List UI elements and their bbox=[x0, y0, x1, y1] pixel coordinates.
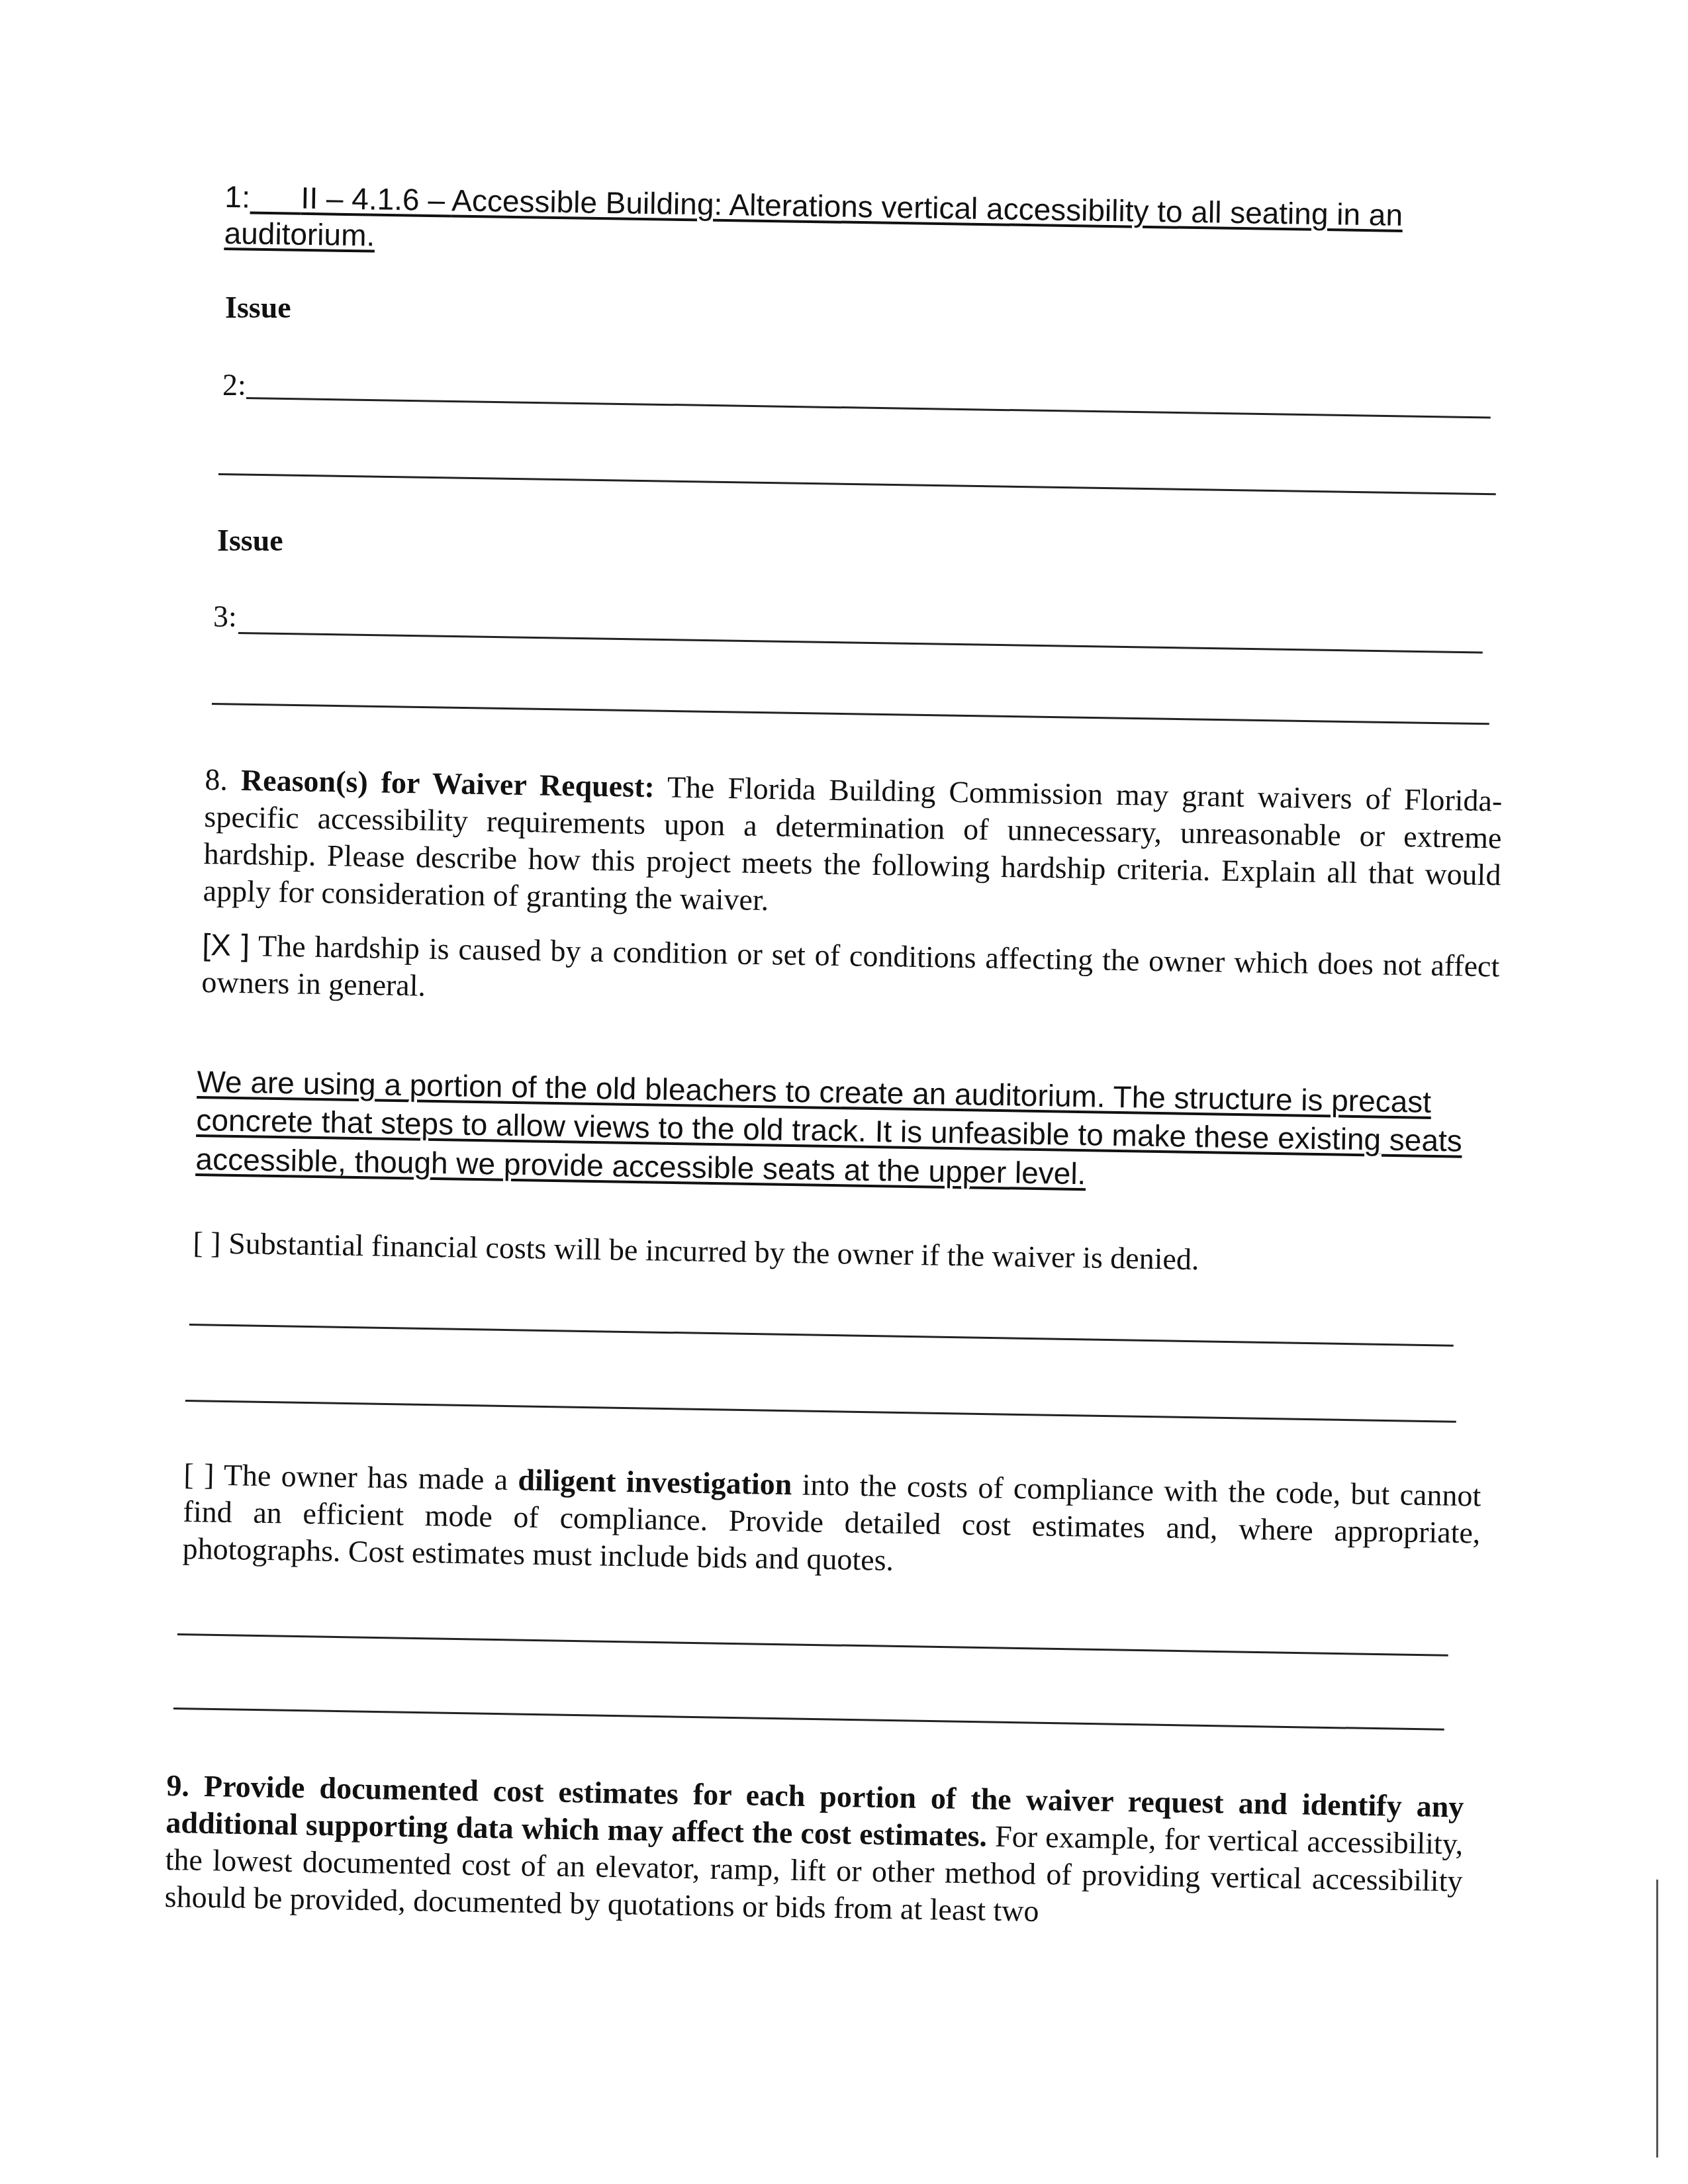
section-8-intro: 8. Reason(s) for Waiver Request: The Flo… bbox=[203, 761, 1502, 931]
issue-2-line-1[interactable] bbox=[246, 397, 1491, 419]
issue-3-label: Issue bbox=[217, 523, 283, 558]
issue-3-line-1[interactable] bbox=[238, 632, 1483, 654]
criterion-3-text-before: The owner has made a bbox=[224, 1458, 518, 1496]
issue-1-code: II – 4.1.6 – bbox=[301, 181, 451, 218]
scan-edge bbox=[1656, 1880, 1658, 2158]
issue-2-number: 2: bbox=[222, 367, 246, 402]
criterion-3: [ ] The owner has made a diligent invest… bbox=[182, 1456, 1481, 1589]
criterion-2-line-1[interactable] bbox=[189, 1324, 1454, 1347]
issue-2-label: Issue bbox=[225, 290, 291, 325]
criterion-2-text: Substantial financial costs will be incu… bbox=[228, 1226, 1199, 1276]
criterion-3-line-1[interactable] bbox=[177, 1633, 1448, 1657]
section-9-number: 9. bbox=[166, 1768, 189, 1803]
criterion-3-text-bold: diligent investigation bbox=[518, 1463, 792, 1501]
criterion-3-line-2[interactable] bbox=[173, 1707, 1444, 1731]
criterion-1: [X ] The hardship is caused by a conditi… bbox=[201, 927, 1500, 1023]
issue-1-number: 1: bbox=[224, 179, 250, 214]
criterion-3-checkbox[interactable]: [ ] bbox=[183, 1457, 214, 1492]
section-8-title: Reason(s) for Waiver Request: bbox=[241, 763, 655, 803]
issue-1: 1: II – 4.1.6 – Accessible Building: Alt… bbox=[224, 179, 1482, 271]
criterion-1-text: The hardship is caused by a condition or… bbox=[201, 929, 1500, 1002]
criterion-2-line-2[interactable] bbox=[185, 1400, 1456, 1423]
criterion-1-checkbox[interactable]: [X ] bbox=[202, 927, 250, 962]
criterion-1-response[interactable]: We are using a portion of the old bleach… bbox=[195, 1062, 1495, 1200]
section-8-number: 8. bbox=[205, 762, 228, 797]
criterion-2: [ ] Substantial financial costs will be … bbox=[193, 1224, 1491, 1283]
issue-1-field[interactable]: II – 4.1.6 – Accessible Building: Altera… bbox=[224, 180, 1403, 253]
issue-3-line-2[interactable] bbox=[212, 703, 1489, 725]
section-9: 9. Provide documented cost estimates for… bbox=[164, 1767, 1464, 1937]
issue-2-line-2[interactable] bbox=[218, 473, 1496, 495]
criterion-2-checkbox[interactable]: [ ] bbox=[193, 1226, 221, 1260]
issue-3-number: 3: bbox=[213, 599, 237, 634]
document-page: 1: II – 4.1.6 – Accessible Building: Alt… bbox=[0, 0, 1688, 2184]
